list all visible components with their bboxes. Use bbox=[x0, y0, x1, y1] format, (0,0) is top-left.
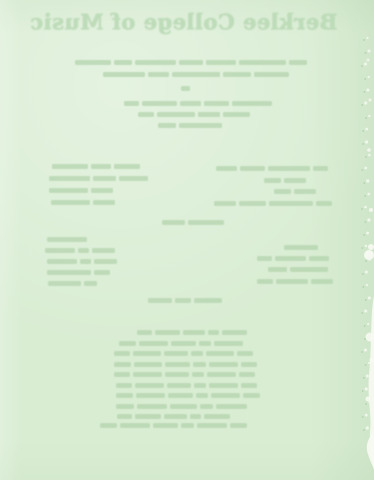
bleed-word bbox=[134, 362, 163, 367]
bleed-word bbox=[223, 112, 250, 117]
bleed-word bbox=[135, 383, 163, 388]
bleed-word bbox=[94, 259, 117, 264]
bleed-word bbox=[313, 166, 328, 171]
notes-paragraph-line bbox=[116, 393, 260, 398]
center-heading-line bbox=[162, 220, 224, 225]
bleed-word bbox=[153, 423, 179, 428]
bleed-word bbox=[241, 362, 258, 367]
perforation-specks bbox=[361, 37, 371, 431]
edge-notch bbox=[369, 99, 372, 102]
bleed-word bbox=[47, 270, 91, 275]
event-lines-line bbox=[75, 60, 307, 65]
bleed-word bbox=[114, 372, 130, 377]
bleed-word bbox=[167, 383, 191, 388]
bleed-word bbox=[48, 281, 81, 286]
bleed-word bbox=[100, 423, 117, 428]
program-right-1-line bbox=[264, 178, 306, 183]
bleed-word bbox=[179, 60, 203, 65]
program-left-2-line bbox=[47, 237, 87, 242]
bleed-word bbox=[155, 330, 180, 335]
program-left-2-line bbox=[45, 248, 115, 253]
byline-line bbox=[148, 298, 222, 303]
bleed-word bbox=[197, 423, 227, 428]
program-right-2-line bbox=[257, 256, 329, 261]
program-left-1-line bbox=[49, 188, 113, 193]
bleed-word bbox=[214, 201, 236, 206]
bleed-word bbox=[137, 404, 168, 409]
notes-paragraph-line bbox=[114, 362, 257, 367]
bleed-word bbox=[117, 414, 132, 419]
bleed-word bbox=[78, 248, 89, 253]
bleed-word bbox=[204, 101, 229, 106]
notes-paragraph-line bbox=[117, 414, 230, 419]
bleed-word bbox=[165, 372, 189, 377]
bleed-word bbox=[133, 351, 161, 356]
title-lines-line bbox=[138, 112, 250, 117]
bleed-word bbox=[116, 383, 132, 388]
edge-notch bbox=[366, 397, 371, 402]
program-right-1-line bbox=[214, 201, 332, 206]
bleed-word bbox=[209, 383, 237, 388]
bleed-word bbox=[211, 393, 240, 398]
bleed-word bbox=[214, 341, 243, 346]
corner-tear bbox=[367, 432, 374, 470]
bleed-word bbox=[124, 101, 139, 106]
event-lines-line bbox=[103, 72, 289, 77]
bleed-word bbox=[148, 72, 169, 77]
bleed-word bbox=[216, 404, 247, 409]
bleed-word bbox=[91, 164, 112, 169]
bleed-word bbox=[284, 245, 318, 250]
bleed-word bbox=[137, 330, 152, 335]
bleed-word bbox=[49, 188, 88, 193]
bleed-word bbox=[103, 72, 145, 77]
bleed-word bbox=[120, 423, 150, 428]
bleed-word bbox=[190, 414, 201, 419]
notes-paragraph-line bbox=[116, 383, 257, 388]
bleed-word bbox=[175, 298, 191, 303]
bleed-word bbox=[138, 112, 154, 117]
bleed-word bbox=[275, 256, 305, 261]
bleed-word bbox=[264, 178, 281, 183]
bleed-word bbox=[162, 220, 185, 225]
edge-notch bbox=[367, 59, 370, 62]
program-right-2-line bbox=[284, 245, 318, 250]
bleed-word bbox=[200, 404, 213, 409]
bleed-word bbox=[207, 372, 235, 377]
bleed-word bbox=[274, 189, 291, 194]
bleed-word bbox=[91, 188, 113, 193]
bleed-word bbox=[114, 362, 131, 367]
program-left-1-line bbox=[49, 176, 148, 181]
bleed-word bbox=[114, 164, 140, 169]
bleed-word bbox=[157, 112, 195, 117]
bleed-word bbox=[232, 101, 272, 106]
bleed-word bbox=[133, 372, 161, 377]
bleed-word bbox=[239, 201, 266, 206]
bleed-word bbox=[119, 341, 136, 346]
program-left-2-line bbox=[48, 281, 97, 286]
bleed-word bbox=[311, 279, 333, 284]
title-lines-line bbox=[158, 123, 222, 128]
bleed-word bbox=[158, 123, 176, 128]
program-right-1-line bbox=[274, 189, 316, 194]
bleed-word bbox=[47, 259, 77, 264]
bleed-word bbox=[171, 341, 196, 346]
bleed-word bbox=[191, 351, 203, 356]
bleed-word bbox=[223, 72, 251, 77]
scanned-program-page: Berklee College of Music bbox=[0, 0, 374, 480]
bleed-word bbox=[294, 189, 316, 194]
event-lines-line bbox=[181, 86, 190, 91]
program-right-2-line bbox=[257, 279, 333, 284]
program-right-2-line bbox=[268, 267, 328, 272]
bleed-word bbox=[276, 279, 308, 284]
bleed-word bbox=[183, 330, 205, 335]
bleed-word bbox=[196, 393, 208, 398]
bleed-word bbox=[309, 256, 329, 261]
bleed-word bbox=[114, 351, 130, 356]
bleed-word bbox=[239, 60, 287, 65]
edge-notch bbox=[367, 148, 371, 152]
bleed-word bbox=[142, 101, 177, 106]
edge-notch bbox=[370, 358, 374, 363]
scan-background-strip bbox=[369, 296, 374, 470]
notes-paragraph-line bbox=[100, 423, 247, 428]
bleed-word bbox=[206, 60, 236, 65]
bleed-word bbox=[93, 200, 115, 205]
bleed-word bbox=[290, 267, 328, 272]
edge-notch bbox=[364, 250, 374, 260]
bleed-word bbox=[194, 298, 222, 303]
bleed-word bbox=[165, 362, 190, 367]
bleed-word bbox=[240, 166, 266, 171]
bleed-word bbox=[241, 383, 257, 388]
notes-paragraph-line bbox=[119, 341, 243, 346]
bleed-word bbox=[168, 393, 193, 398]
bleed-word bbox=[289, 60, 307, 65]
notes-paragraph-line bbox=[116, 404, 247, 409]
bleed-word bbox=[237, 351, 253, 356]
bleed-word bbox=[80, 259, 91, 264]
bleed-word bbox=[84, 281, 97, 286]
program-left-2-line bbox=[47, 270, 110, 275]
bleed-word bbox=[208, 330, 219, 335]
bleed-word bbox=[180, 101, 200, 106]
bleed-word bbox=[116, 404, 134, 409]
bleed-word bbox=[284, 178, 306, 183]
bleed-word bbox=[47, 237, 87, 242]
program-right-1-line bbox=[216, 166, 328, 171]
bleed-word bbox=[222, 330, 247, 335]
bleed-word bbox=[239, 372, 255, 377]
bleed-word bbox=[188, 220, 224, 225]
notes-paragraph-line bbox=[137, 330, 247, 335]
bleed-word bbox=[269, 201, 313, 206]
bleed-word bbox=[75, 60, 111, 65]
bleed-word bbox=[230, 423, 247, 428]
bleed-word bbox=[209, 362, 238, 367]
bleed-word bbox=[135, 414, 161, 419]
bleedthrough-masthead-text: Berklee College of Music bbox=[0, 9, 368, 34]
bleed-word bbox=[148, 298, 172, 303]
bleed-word bbox=[172, 72, 221, 77]
edge-notch bbox=[369, 208, 373, 212]
bleed-word bbox=[268, 267, 287, 272]
title-lines-line bbox=[124, 101, 272, 106]
bleed-word bbox=[268, 166, 309, 171]
bleed-word bbox=[204, 414, 230, 419]
notes-paragraph-line bbox=[114, 351, 253, 356]
program-left-2-line bbox=[47, 259, 117, 264]
bleed-word bbox=[119, 176, 148, 181]
bleed-word bbox=[51, 200, 90, 205]
bleed-word bbox=[254, 72, 289, 77]
program-left-1-line bbox=[51, 200, 115, 205]
bleed-word bbox=[316, 201, 332, 206]
bleed-word bbox=[164, 414, 186, 419]
bleed-word bbox=[194, 383, 206, 388]
bleed-word bbox=[136, 393, 165, 398]
bleed-word bbox=[257, 279, 273, 284]
program-left-1-line bbox=[52, 164, 140, 169]
bleed-word bbox=[49, 176, 90, 181]
bleed-word bbox=[243, 393, 260, 398]
bleed-word bbox=[198, 112, 220, 117]
bleed-word bbox=[93, 176, 116, 181]
bleed-word bbox=[199, 341, 211, 346]
bleed-word bbox=[164, 351, 188, 356]
bleed-word bbox=[116, 393, 133, 398]
bleed-word bbox=[52, 164, 88, 169]
bleed-word bbox=[114, 60, 132, 65]
bleed-word bbox=[170, 404, 196, 409]
bleed-word bbox=[92, 248, 115, 253]
bleed-word bbox=[193, 362, 205, 367]
bleed-word bbox=[257, 256, 272, 261]
bleed-word bbox=[206, 351, 234, 356]
bleed-word bbox=[94, 270, 110, 275]
bleed-word bbox=[192, 372, 204, 377]
edge-notch bbox=[368, 244, 374, 250]
bleed-word bbox=[216, 166, 237, 171]
bleed-word bbox=[181, 423, 194, 428]
bleed-word bbox=[139, 341, 168, 346]
edge-notch bbox=[366, 333, 374, 342]
bleed-word bbox=[135, 60, 177, 65]
bleed-word bbox=[181, 86, 190, 91]
notes-paragraph-line bbox=[114, 372, 255, 377]
bleed-word bbox=[179, 123, 222, 128]
bleed-word bbox=[45, 248, 75, 253]
